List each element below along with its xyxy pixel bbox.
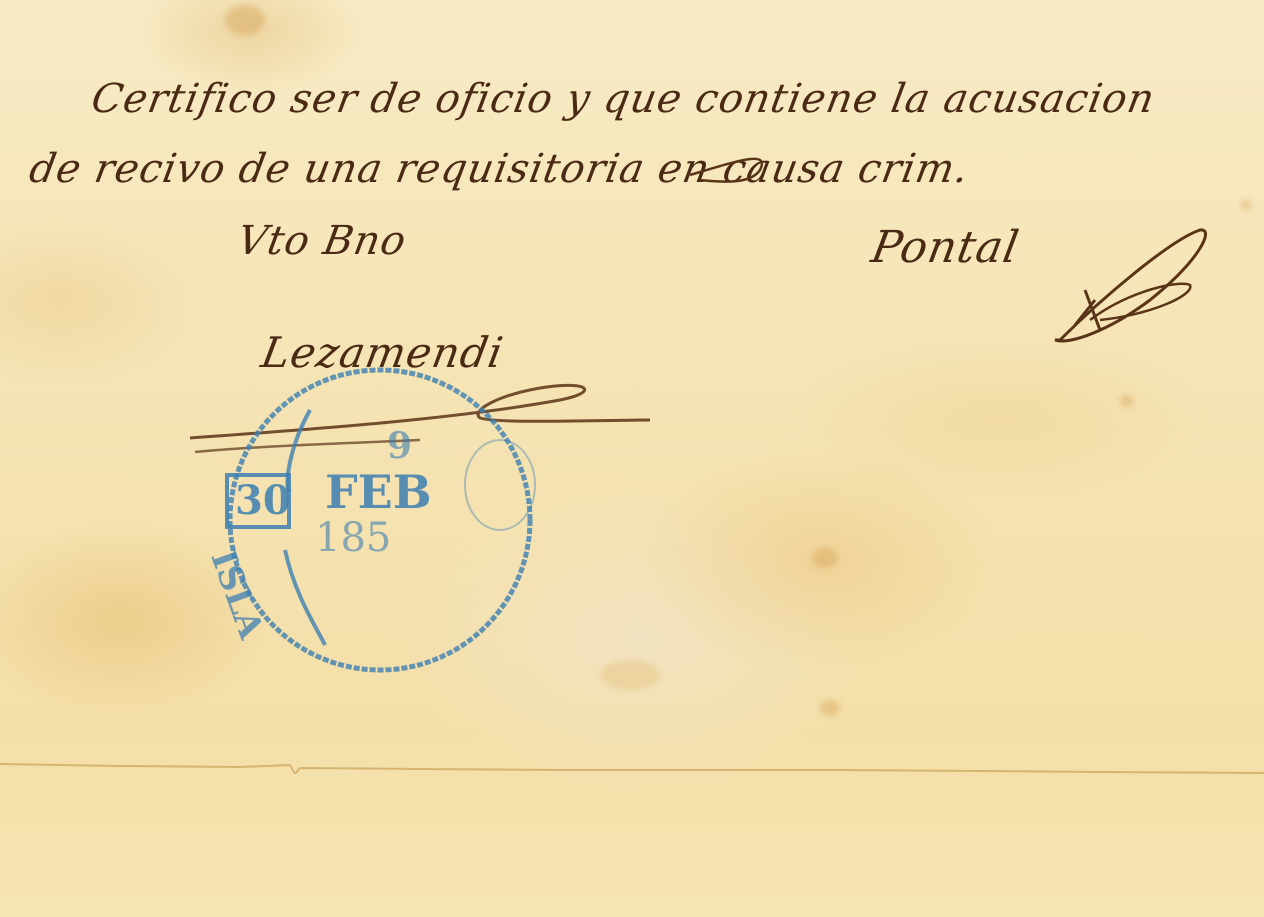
stamp-year: 185 — [315, 515, 391, 561]
stamp-box-number: 30 — [235, 477, 291, 524]
paper-crease — [0, 760, 1264, 774]
line-1-text: Certifico ser de oficio y que contiene l… — [88, 76, 1159, 122]
stamp-day: 9 — [387, 425, 412, 467]
paper-stain — [820, 700, 840, 716]
handwritten-line-2: de recivo de una requisitoria en causa c… — [26, 146, 973, 192]
paper-stain — [812, 548, 838, 568]
signature-text: Pontal — [868, 222, 1024, 273]
paper-stain — [1240, 200, 1252, 210]
signature: Pontal — [868, 222, 1024, 273]
aged-document-paper: Certifico ser de oficio y que contiene l… — [0, 0, 1264, 917]
stamp-month: FEB — [325, 465, 432, 519]
handwritten-line-1: Certifico ser de oficio y que contiene l… — [88, 76, 1159, 122]
paper-stain — [225, 5, 265, 35]
line-2-text: de recivo de una requisitoria en causa c… — [26, 146, 973, 192]
postal-cancellation-stamp: 30 9 FEB 185 ISLA — [215, 365, 545, 675]
paper-stain — [600, 660, 660, 690]
approval-text: Vto Bno — [234, 218, 410, 264]
approval-mark: Vto Bno — [234, 218, 410, 264]
paper-stain — [1120, 395, 1134, 407]
ink-flourishes — [0, 0, 1264, 917]
